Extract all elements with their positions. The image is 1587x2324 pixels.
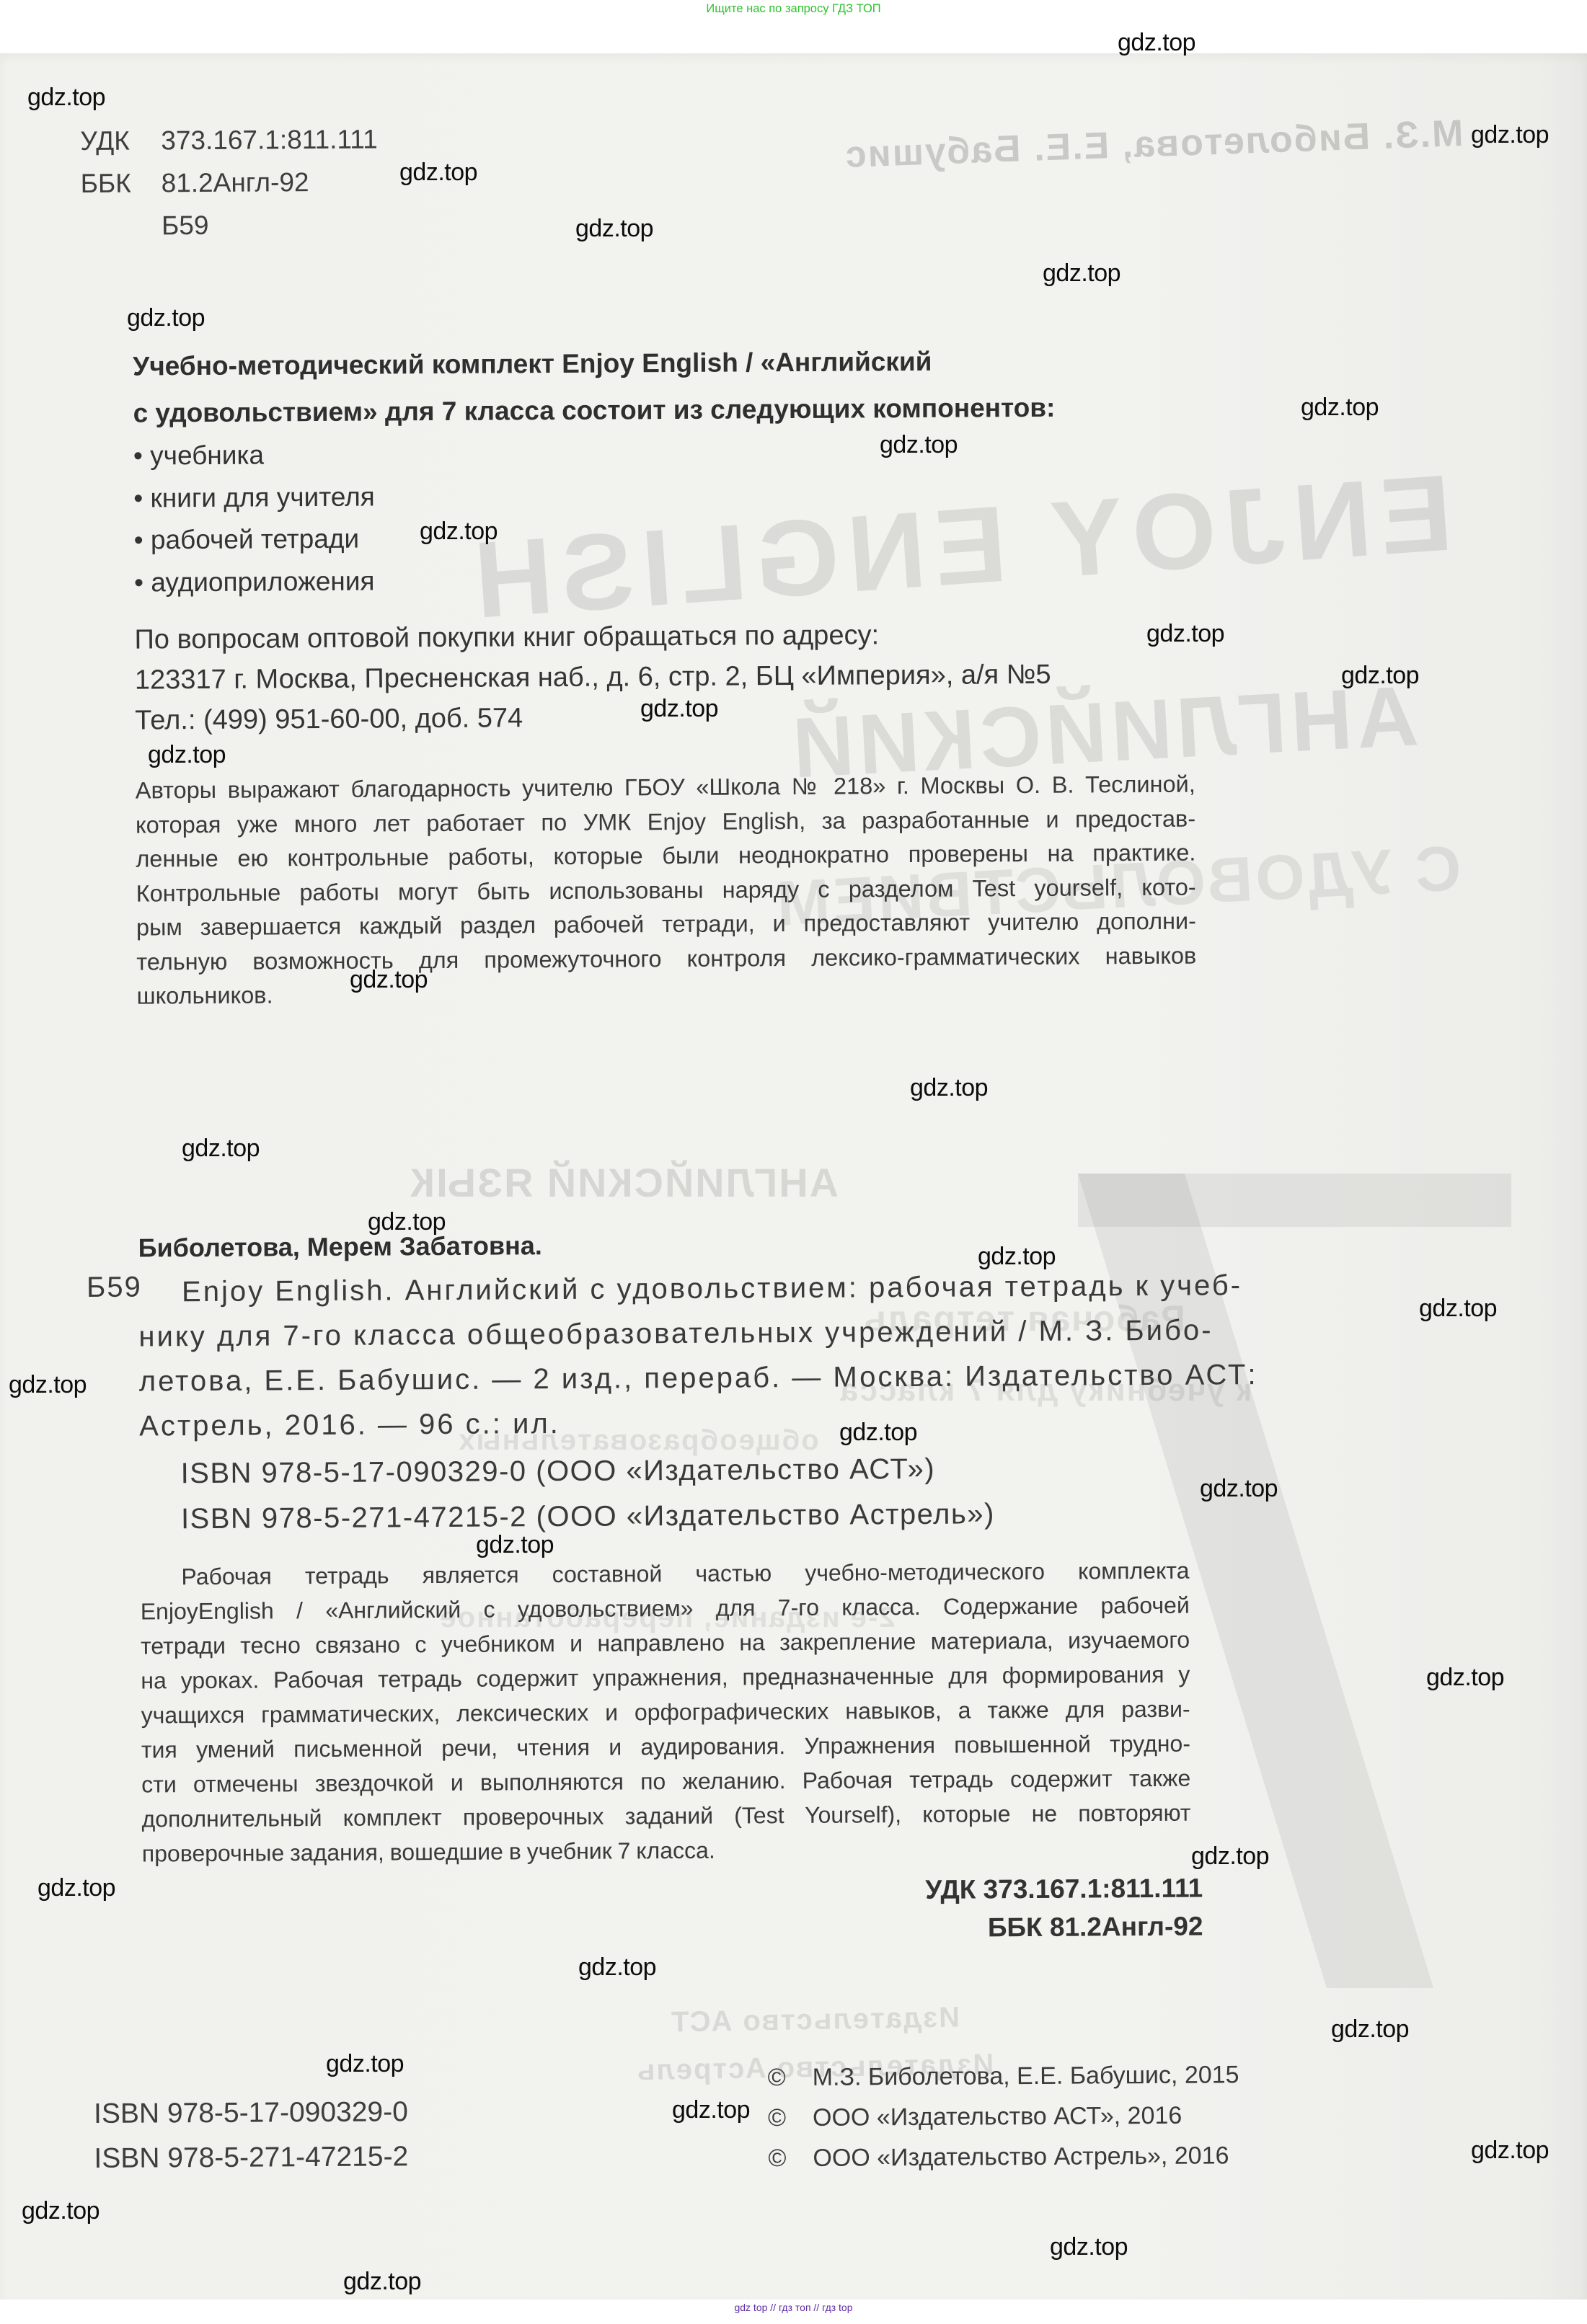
watermark-gdz-top: gdz.top [399, 159, 477, 187]
author-name-heading: Биболетова, Мерем Забатовна. [138, 1230, 542, 1263]
classification-codes-bottom: УДК 373.167.1:811.111 ББК 81.2Англ-92 [726, 1869, 1203, 1948]
catalog-line: нику для 7-го класса общеобразовательных… [138, 1308, 1257, 1359]
site-note-top: Ищите нас по запросу ГДЗ ТОП [0, 2, 1587, 16]
watermark-gdz-top: gdz.top [1471, 121, 1549, 149]
list-item: рабочей тетради [134, 518, 376, 562]
watermark-gdz-top: gdz.top [910, 1074, 988, 1102]
wholesale-line: По вопросам оптовой покупки книг обращат… [134, 614, 1051, 660]
author-code-line: Б59 [81, 203, 379, 247]
catalog-line: Enjoy English. Английский с удовольствие… [138, 1263, 1257, 1314]
watermark-gdz-top: gdz.top [1301, 394, 1379, 422]
copyright-line: ©М.З. Биболетова, Е.Е. Бабушис, 2015 [768, 2054, 1239, 2098]
watermark-gdz-top: gdz.top [476, 1531, 554, 1559]
ack-line: рым завершается каждый раздел рабочей те… [136, 905, 1196, 945]
watermark-gdz-top: gdz.top [1419, 1295, 1497, 1323]
ack-line: ленные ею контрольные работы, которые бы… [136, 836, 1195, 877]
copyright-line: ©ООО «Издательство Астрель», 2016 [768, 2135, 1239, 2178]
copyright-holder: ООО «Издательство АСТ», 2016 [813, 2102, 1182, 2132]
copyright-holder: М.З. Биболетова, Е.Е. Бабушис, 2015 [813, 2061, 1239, 2091]
spacer [81, 234, 162, 235]
copyright-icon: © [768, 2098, 813, 2138]
list-item: книги для учителя [133, 476, 375, 520]
watermark-gdz-top: gdz.top [326, 2050, 404, 2078]
watermark-gdz-top: gdz.top [1426, 1664, 1504, 1692]
list-item: учебника [133, 434, 375, 478]
watermark-gdz-top: gdz.top [148, 741, 226, 769]
isbn-line: ISBN 978-5-17-090329-0 [94, 2090, 408, 2137]
bbk-line: ББК81.2Англ-92 [80, 160, 378, 205]
list-item: аудиоприложения [134, 560, 376, 604]
watermark-gdz-top: gdz.top [1050, 2233, 1128, 2261]
isbn-line: ISBN 978-5-271-47215-2 [94, 2134, 408, 2181]
scanned-book-imprint-page: М.З. Биболетова, Е.Е. БабушисENJOY ENGLI… [0, 0, 1587, 2324]
catalog-line: летова, Е.Е. Бабушис. — 2 изд., перераб.… [139, 1352, 1258, 1403]
udk-bottom: УДК 373.167.1:811.111 [726, 1869, 1203, 1910]
copyright-icon: © [768, 2057, 813, 2098]
components-list: учебника книги для учителя рабочей тетра… [133, 434, 376, 604]
bbk-bottom: ББК 81.2Англ-92 [726, 1907, 1203, 1948]
ack-line: школьников. [136, 973, 1196, 1014]
watermark-gdz-top: gdz.top [182, 1135, 260, 1163]
intro-line: с удовольствием» для 7 класса состоит из… [133, 384, 1055, 437]
watermark-gdz-top: gdz.top [1191, 1842, 1269, 1871]
copyright-icon: © [768, 2138, 813, 2178]
copyright-line: ©ООО «Издательство АСТ», 2016 [768, 2095, 1239, 2138]
intro-line: Учебно-методический комплект Enjoy Engli… [133, 337, 1055, 390]
ack-line: тельную возможность для промежуточного к… [136, 939, 1196, 979]
bbk-value: 81.2Англ-92 [162, 167, 309, 198]
watermark-gdz-top: gdz.top [37, 1874, 115, 1902]
isbn-line: ISBN 978-5-17-090329-0 (ООО «Издательств… [180, 1446, 994, 1496]
isbn-line: ISBN 978-5-271-47215-2 (ООО «Издательств… [181, 1491, 995, 1542]
watermark-gdz-top: gdz.top [350, 966, 428, 994]
isbn-block-bottom: ISBN 978-5-17-090329-0 ISBN 978-5-271-47… [94, 2090, 409, 2181]
catalog-code: Б59 [87, 1272, 142, 1304]
watermark-gdz-top: gdz.top [420, 518, 498, 546]
watermark-gdz-top: gdz.top [22, 2197, 100, 2225]
watermark-gdz-top: gdz.top [978, 1243, 1056, 1271]
catalog-line: Астрель, 2016. — 96 с.: ил. [139, 1397, 1258, 1448]
watermark-gdz-top: gdz.top [1200, 1475, 1278, 1503]
watermark-gdz-top: gdz.top [343, 2268, 421, 2296]
watermark-gdz-top: gdz.top [575, 215, 653, 243]
watermark-gdz-top: gdz.top [839, 1419, 917, 1447]
annotation-line: дополнительный комплект проверочных зада… [141, 1796, 1190, 1837]
udk-value: 373.167.1:811.111 [161, 125, 378, 156]
wholesale-contact-block: По вопросам оптовой покупки книг обращат… [134, 614, 1051, 741]
watermark-gdz-top: gdz.top [1118, 29, 1195, 57]
watermark-gdz-top: gdz.top [578, 1953, 656, 1982]
umk-components-intro: Учебно-методический комплект Enjoy Engli… [133, 337, 1056, 437]
udk-label: УДК [80, 119, 161, 162]
annotation-line: проверочные задания, вошедшие в учебник … [142, 1830, 1191, 1871]
watermark-gdz-top: gdz.top [368, 1208, 446, 1236]
site-note-bottom: gdz top // гдз топ // гдз top [0, 2302, 1587, 2313]
watermark-gdz-top: gdz.top [1341, 662, 1419, 690]
isbn-block-middle: ISBN 978-5-17-090329-0 (ООО «Издательств… [180, 1446, 995, 1542]
catalog-entry: Enjoy English. Английский с удовольствие… [138, 1263, 1258, 1448]
watermark-gdz-top: gdz.top [127, 304, 205, 332]
author-code: Б59 [162, 210, 209, 240]
copyright-holder: ООО «Издательство Астрель», 2016 [813, 2142, 1229, 2172]
watermark-gdz-top: gdz.top [880, 431, 958, 459]
watermark-gdz-top: gdz.top [1043, 260, 1120, 288]
acknowledgment-paragraph: Авторы выражают благодарность учителю ГБ… [136, 768, 1197, 1014]
wholesale-phone: Тел.: (499) 951-60-00, доб. 574 [135, 695, 1051, 741]
wholesale-address: 123317 г. Москва, Пресненская наб., д. 6… [135, 655, 1051, 701]
watermark-gdz-top: gdz.top [640, 695, 718, 723]
watermark-gdz-top: gdz.top [1146, 620, 1224, 648]
udk-line: УДК373.167.1:811.111 [80, 118, 378, 163]
classification-codes-top: УДК373.167.1:811.111 ББК81.2Англ-92 Б59 [80, 118, 378, 248]
ack-line: Авторы выражают благодарность учителю ГБ… [136, 768, 1195, 808]
watermark-gdz-top: gdz.top [9, 1371, 87, 1399]
watermark-gdz-top: gdz.top [1331, 2015, 1409, 2044]
copyright-block: ©М.З. Биболетова, Е.Е. Бабушис, 2015 ©ОО… [768, 2054, 1240, 2178]
watermark-gdz-top: gdz.top [1471, 2137, 1549, 2165]
annotation-paragraph: Рабочая тетрадь является составной часть… [140, 1553, 1191, 1871]
bbk-label: ББК [80, 161, 161, 205]
watermark-gdz-top: gdz.top [27, 84, 105, 112]
watermark-gdz-top: gdz.top [672, 2096, 750, 2124]
